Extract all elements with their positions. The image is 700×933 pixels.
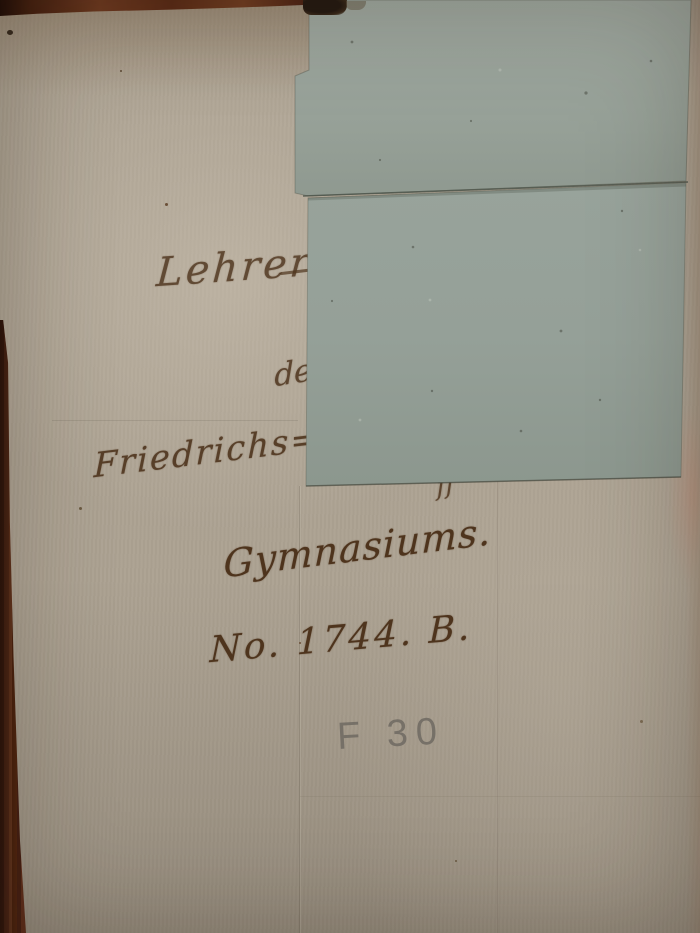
archival-document-photo: Lehrer de Friedrichs= ſſ Gymnasiums. No.… — [0, 0, 700, 933]
note-lower-fold — [306, 183, 686, 486]
blue-note-sheet — [0, 0, 700, 933]
dark-fastener — [303, 0, 347, 15]
note-upper-fold — [295, 0, 691, 196]
